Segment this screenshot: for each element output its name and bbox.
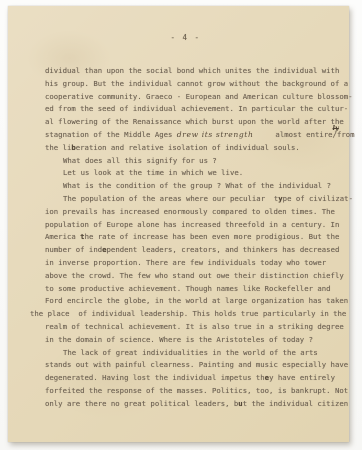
typed-text: population of Europe alone has increased… (45, 220, 339, 229)
typed-text: ion prevails has increased enormously co… (45, 207, 335, 216)
text-line: his group. But the individual cannot gro… (45, 78, 345, 91)
text-line: the liberation and relative isolation of… (45, 142, 345, 155)
typed-text: the place of individual leadership. This… (30, 309, 346, 318)
typed-text: pendent leaders, creators, and thinkers … (107, 245, 340, 254)
text-line: in the domain of science. Where is the A… (45, 334, 345, 347)
typed-text: stagnation of the Middle Ages (45, 130, 177, 139)
text-line: ed from the seed of individual achieveme… (45, 103, 345, 116)
typed-text: from (337, 130, 355, 139)
text-line: stagnation of the Middle Ages drew its s… (45, 129, 345, 142)
page-number: - 4 - (8, 33, 349, 42)
scan-background: - 4 - dividual than upon the social bond… (0, 0, 362, 450)
typed-text: The lack of great individualities in the… (63, 348, 318, 357)
text-body: dividual than upon the social bond which… (45, 65, 345, 411)
text-line: The population of the areas where our pe… (45, 193, 345, 206)
text-line: What does all this signify for us ? (45, 155, 345, 168)
text-line: to some productive achievement. Though n… (45, 283, 345, 296)
typed-text: dividual than upon the social bond which… (45, 66, 339, 75)
typed-text: stands out with painful clearness. Paint… (45, 360, 348, 369)
document-page: - 4 - dividual than upon the social bond… (8, 6, 349, 442)
text-line: in inverse proportion. There are few ind… (45, 257, 345, 270)
text-line: stands out with painful clearness. Paint… (45, 359, 345, 372)
typed-text: eration and relative isolation of indivi… (76, 143, 300, 152)
text-line: forfeited the response of the masses. Po… (45, 385, 345, 398)
typed-text: he rate of increase has been even more p… (85, 232, 340, 241)
text-line: What is the condition of the group ? Wha… (45, 180, 345, 193)
typed-text: Let us look at the time in which we live… (63, 168, 243, 177)
typed-text: America (45, 232, 80, 241)
typed-text: in inverse proportion. There are few ind… (45, 258, 326, 267)
typed-text: Ford encircle the globe, in the world at… (45, 296, 348, 305)
text-line: cooperative community. Graeco - European… (45, 91, 345, 104)
typed-text: degenerated. Having lost the individual … (45, 373, 265, 382)
handwritten-text: drew its strength (177, 130, 254, 139)
text-line: realm of technical achievement. It is al… (45, 321, 345, 334)
typed-text: the li (45, 143, 71, 152)
typed-text: in the domain of science. Where is the A… (45, 335, 313, 344)
text-line: Let us look at the time in which we live… (45, 167, 345, 180)
typed-text: pe of civilizat- (283, 194, 353, 203)
handwritten-insertion: ly/ (333, 129, 337, 142)
typed-text: realm of technical achievement. It is al… (45, 322, 344, 331)
typed-text: forfeited the response of the masses. Po… (45, 386, 348, 395)
text-line: population of Europe alone has increased… (45, 219, 345, 232)
typed-text: al flowering of the Renaissance which bu… (45, 117, 344, 126)
text-line: degenerated. Having lost the individual … (45, 372, 345, 385)
text-line: the place of individual leadership. This… (30, 308, 345, 321)
typed-text: What is the condition of the group ? Wha… (63, 181, 331, 190)
text-line: ion prevails has increased enormously co… (45, 206, 345, 219)
typed-text: y have entirely (269, 373, 335, 382)
typed-text: above the crowd. The few who stand out o… (45, 271, 344, 280)
typed-text: to some productive achievement. Though n… (45, 284, 331, 293)
text-line: The lack of great individualities in the… (45, 347, 345, 360)
text-line: dividual than upon the social bond which… (45, 65, 345, 78)
text-line: America the rate of increase has been ev… (45, 231, 345, 244)
typed-text: only are there no great political leader… (45, 399, 238, 408)
text-line: Ford encircle the globe, in the world at… (45, 295, 345, 308)
typed-text: cooperative community. Graeco - European… (45, 92, 353, 101)
typed-text: What does all this signify for us ? (63, 156, 217, 165)
typed-text: t the individual citizen (243, 399, 348, 408)
text-line: number of independent leaders, creators,… (45, 244, 345, 257)
typed-text: ed from the seed of individual achieveme… (45, 104, 348, 113)
typed-text: number of ind (45, 245, 102, 254)
typed-text: almost entire (253, 130, 332, 139)
typed-text: his group. But the individual cannot gro… (45, 79, 348, 88)
typed-text: The population of the areas where our pe… (63, 194, 278, 203)
text-line: above the crowd. The few who stand out o… (45, 270, 345, 283)
text-line: al flowering of the Renaissance which bu… (45, 116, 345, 129)
text-line: only are there no great political leader… (45, 398, 345, 411)
